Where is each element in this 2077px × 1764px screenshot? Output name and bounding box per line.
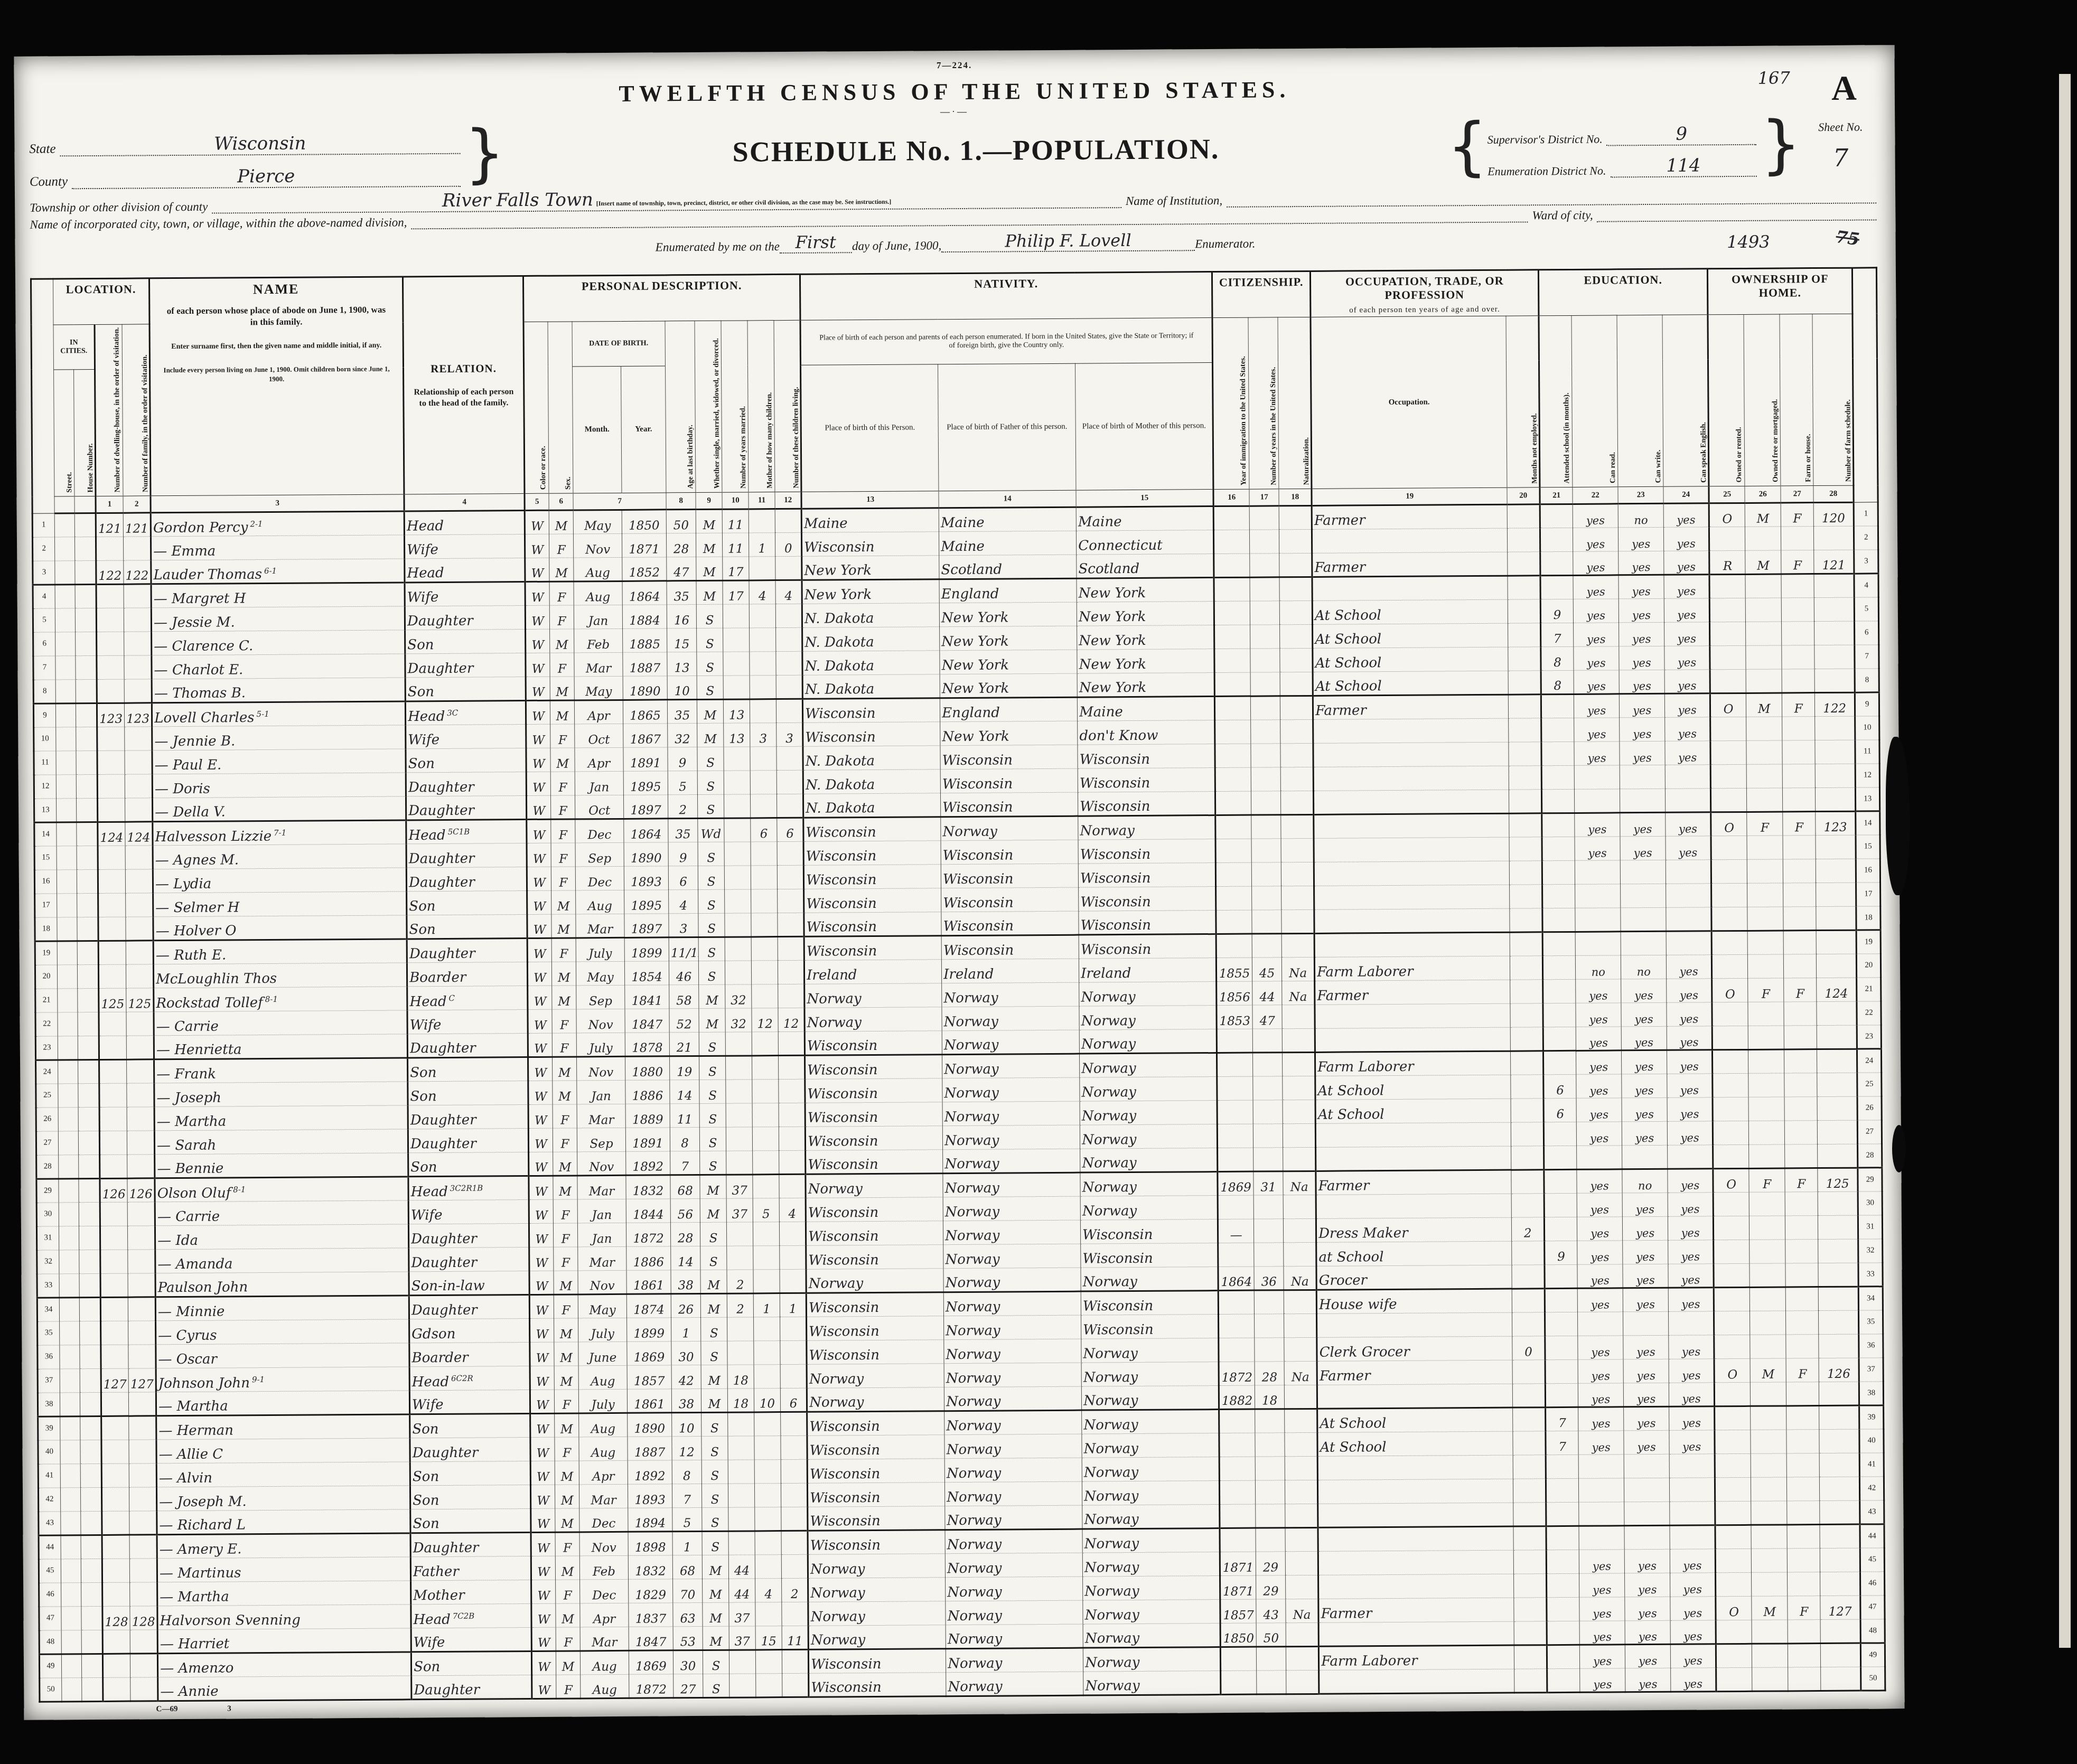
cell-immigration-year (1219, 1409, 1255, 1433)
cell-immigration-year (1217, 1076, 1253, 1100)
cell-can-speak-english (1669, 1311, 1714, 1336)
row-number-left: 27 (36, 1131, 58, 1155)
cell-free-mortgaged (1746, 622, 1782, 645)
cell-owned-rented (1713, 1121, 1748, 1145)
cell-attended-school (1545, 1336, 1578, 1360)
cell-pob-father: Norway (943, 1220, 1081, 1245)
cell-color: W (530, 1342, 554, 1366)
cell-months-not-employed (1512, 1384, 1545, 1408)
cell-children-living (779, 1175, 806, 1198)
row-number-left: 29 (36, 1179, 59, 1203)
cell-pob-mother: Norway (1083, 1647, 1220, 1672)
cell-dwelling-number (100, 1155, 127, 1178)
cell-immigration-year (1215, 791, 1251, 815)
cell-relation: Son (408, 1152, 529, 1177)
cell-pob-person: Wisconsin (805, 1078, 942, 1103)
cell-children-living (780, 1246, 806, 1270)
cell-can-speak-english: yes (1667, 955, 1712, 979)
cell-owned-rented: O (1712, 979, 1748, 1002)
cell-birth-year: 1854 (624, 961, 669, 986)
cell-mother-children (752, 1056, 779, 1080)
col-years-married: Number of years married. (721, 321, 749, 493)
cell-occupation (1313, 742, 1509, 767)
cell-naturalization (1282, 1005, 1315, 1029)
cell-free-mortgaged (1749, 1192, 1785, 1216)
cell-children-living (776, 771, 803, 794)
cell-pob-person: Wisconsin (804, 1031, 942, 1056)
cell-farm-house: F (1784, 978, 1817, 1002)
cell-free-mortgaged (1746, 645, 1782, 669)
cell-age: 30 (673, 1650, 703, 1674)
cell-attended-school (1545, 1312, 1578, 1336)
cell-pob-person: Wisconsin (806, 1245, 943, 1270)
colnum-23: 23 (1618, 487, 1663, 504)
cell-color: W (525, 558, 549, 582)
cell-marital: S (698, 961, 725, 985)
cell-mother-children (750, 747, 776, 771)
cell-can-read (1579, 1526, 1624, 1550)
cell-name: — Doris (152, 773, 406, 798)
cell-pob-person: Norway (806, 1269, 943, 1293)
cell-house-number (80, 1345, 101, 1369)
cell-free-mortgaged (1749, 1263, 1785, 1287)
cell-birth-year: 1897 (624, 795, 668, 819)
row-number-right: 32 (1858, 1239, 1883, 1263)
cell-age: 9 (668, 747, 697, 771)
cell-naturalization (1285, 1409, 1317, 1433)
cell-attended-school (1547, 1645, 1579, 1669)
cell-pob-father: Norway (944, 1434, 1082, 1459)
cell-naturalization (1281, 886, 1314, 910)
cell-family-number (130, 1630, 157, 1654)
cell-years-married (726, 1127, 752, 1151)
cell-farm-house (1782, 764, 1815, 788)
cell-children-living (779, 1080, 805, 1103)
cell-farm-house (1781, 598, 1814, 622)
cell-house-number (76, 703, 97, 727)
cell-family-number (127, 1107, 154, 1131)
cell-birth-year: 1832 (626, 1175, 670, 1199)
cell-occupation: At School (1315, 1075, 1511, 1100)
cell-age: 14 (670, 1080, 699, 1104)
cell-birth-month: Sep (575, 843, 624, 867)
cell-free-mortgaged (1748, 1026, 1784, 1049)
cell-street (60, 1345, 80, 1369)
cell-immigration-year (1219, 1314, 1255, 1338)
cell-months-not-employed (1510, 1003, 1543, 1027)
row-number-right: 12 (1855, 764, 1879, 787)
cell-family-number (127, 1226, 155, 1250)
row-number-right: 14 (1856, 811, 1880, 835)
cell-dwelling-number (98, 893, 126, 917)
cell-years-in-us (1256, 1647, 1286, 1671)
cell-attended-school (1544, 1194, 1577, 1217)
cell-farm-schedule: 122 (1814, 692, 1855, 716)
cell-pob-father: Norway (942, 1006, 1079, 1031)
cell-pob-father: Norway (944, 1339, 1081, 1364)
cell-years-married (727, 1246, 753, 1270)
cell-pob-mother: Norway (1083, 1624, 1220, 1648)
cell-family-number (130, 1582, 157, 1606)
cell-pob-father: Norway (942, 1077, 1080, 1102)
cell-mother-children: 6 (751, 818, 777, 842)
cell-attended-school (1546, 1550, 1579, 1574)
cell-birth-year: 1832 (628, 1555, 672, 1580)
cell-pob-father: Norway (946, 1648, 1083, 1673)
cell-family-number: 122 (124, 560, 151, 584)
cell-children-living (782, 1602, 808, 1626)
cell-age: 26 (671, 1294, 700, 1318)
cell-attended-school (1545, 1217, 1577, 1241)
cell-color: W (527, 939, 551, 962)
cell-dwelling-number (97, 655, 124, 679)
cell-marital: S (698, 914, 725, 937)
cell-can-speak-english: yes (1665, 741, 1710, 765)
cell-house-number (81, 1512, 102, 1535)
cell-naturalization (1284, 1219, 1316, 1243)
cell-dwelling-number (96, 537, 123, 560)
cell-naturalization (1285, 1480, 1318, 1504)
cell-sex: F (553, 1128, 577, 1152)
cell-farm-schedule (1819, 1405, 1859, 1429)
cell-house-number (78, 1084, 99, 1108)
cell-pob-person: Wisconsin (803, 722, 940, 747)
cell-relation: Daughter (405, 606, 525, 630)
cell-house-number (81, 1559, 102, 1583)
cell-attended-school (1546, 1479, 1579, 1503)
cell-farm-schedule (1816, 930, 1856, 954)
cell-color: W (528, 1034, 552, 1057)
cell-years-in-us (1254, 1243, 1284, 1266)
cell-relation: Daughter (405, 653, 526, 678)
cell-mother-children (751, 961, 778, 984)
state-brace: } (464, 122, 505, 185)
cell-months-not-employed (1508, 576, 1540, 599)
cell-naturalization (1284, 1338, 1317, 1362)
cell-can-speak-english: yes (1667, 1002, 1712, 1027)
cell-naturalization (1280, 744, 1313, 767)
cell-farm-house: F (1788, 1596, 1820, 1620)
cell-relation: Son-in-law (409, 1271, 529, 1296)
cell-marital: M (700, 1293, 727, 1317)
cell-can-write: yes (1622, 1050, 1667, 1075)
cell-can-speak-english: yes (1666, 812, 1711, 837)
cell-months-not-employed (1510, 908, 1542, 932)
cell-house-number (79, 1179, 100, 1203)
cell-dwelling-number (100, 1226, 127, 1250)
cell-mother-children (749, 509, 775, 533)
cell-free-mortgaged: M (1745, 550, 1781, 574)
cell-children-living (781, 1507, 808, 1531)
cell-age: 53 (673, 1627, 703, 1650)
cell-children-living (778, 961, 804, 984)
row-number-right: 1 (1854, 502, 1878, 526)
cell-years-in-us (1253, 1053, 1283, 1076)
row-number-left: 28 (36, 1155, 59, 1179)
row-number-left: 30 (36, 1203, 59, 1226)
cell-sex: F (550, 772, 575, 795)
cell-years-in-us (1253, 1148, 1283, 1171)
cell-sex: F (555, 1532, 579, 1556)
cell-dwelling-number (99, 1107, 127, 1131)
cell-mother-children (752, 1080, 779, 1103)
cell-birth-year: 1895 (624, 890, 669, 914)
cell-house-number (78, 1131, 99, 1155)
cell-color: W (530, 1319, 554, 1343)
cell-naturalization (1281, 910, 1314, 934)
cell-years-in-us (1254, 1290, 1284, 1314)
cell-family-number: 126 (127, 1178, 155, 1202)
cell-free-mortgaged (1748, 1121, 1784, 1144)
cell-birth-year: 1886 (625, 1080, 670, 1104)
cell-occupation (1315, 1122, 1511, 1147)
cell-house-number (76, 751, 97, 775)
row-number-left: 7 (33, 656, 55, 680)
cell-pob-person: Wisconsin (809, 1673, 946, 1697)
cell-pob-father: Maine (939, 507, 1076, 532)
cell-birth-month: July (578, 1318, 627, 1343)
cell-farm-schedule (1820, 1619, 1860, 1643)
cell-farm-schedule (1815, 764, 1855, 787)
cell-farm-schedule (1814, 526, 1854, 550)
cell-pob-father: Wisconsin (941, 935, 1079, 960)
bottom-print-code: C—69 3 (156, 1704, 278, 1714)
cell-can-speak-english: yes (1664, 598, 1709, 623)
cell-can-speak-english: yes (1667, 1026, 1712, 1050)
cell-street (61, 1559, 81, 1583)
cell-name: — Richard L (157, 1509, 410, 1535)
cell-birth-year: 1867 (623, 724, 668, 748)
colnum-26: 26 (1745, 486, 1781, 503)
cell-months-not-employed (1509, 813, 1542, 837)
cell-months-not-employed (1511, 1051, 1543, 1075)
cell-pob-mother: Wisconsin (1081, 1219, 1218, 1244)
cell-farm-house (1784, 1121, 1817, 1144)
cell-age: 14 (671, 1246, 700, 1270)
cell-months-not-employed: 0 (1512, 1336, 1545, 1360)
col-street: Street. (54, 370, 74, 497)
cell-age: 11/12 (669, 937, 698, 961)
cell-name: — Amanda (155, 1248, 409, 1273)
cell-mother-children: 1 (753, 1293, 780, 1317)
cell-house-number (78, 989, 99, 1012)
cell-can-speak-english: yes (1664, 575, 1709, 599)
cell-pob-person: Norway (807, 1387, 944, 1412)
cell-years-married: 13 (724, 723, 750, 747)
cell-owned-rented (1716, 1668, 1752, 1692)
row-number-right: 37 (1859, 1358, 1883, 1382)
cell-name: Olson Oluf8-1 (155, 1177, 408, 1202)
cell-marital: M (699, 985, 725, 1009)
cell-house-number (75, 561, 96, 585)
cell-pob-mother: New York (1077, 578, 1214, 603)
cell-naturalization (1281, 839, 1314, 862)
cell-age: 38 (671, 1270, 700, 1294)
row-number-right: 43 (1860, 1500, 1884, 1524)
cell-can-write: yes (1621, 979, 1667, 1003)
cell-birth-year: 1887 (623, 652, 667, 677)
row-number-right: 6 (1855, 621, 1879, 645)
cell-mother-children (753, 1151, 779, 1175)
cell-can-read: yes (1577, 1169, 1622, 1194)
cell-free-mortgaged (1751, 1406, 1786, 1430)
cell-dwelling-number (101, 1440, 129, 1463)
cell-sex: M (555, 1461, 579, 1485)
colnum-1: 1 (96, 496, 123, 513)
cell-farm-schedule (1816, 835, 1856, 859)
cell-farm-house (1783, 836, 1816, 859)
cell-owned-rented (1709, 575, 1745, 598)
cell-farm-house (1786, 1406, 1819, 1430)
cell-family-number (129, 1440, 156, 1463)
cell-dwelling-number (98, 964, 126, 988)
cell-pob-mother: Norway (1083, 1600, 1220, 1625)
cell-naturalization (1286, 1623, 1318, 1647)
cell-relation: Daughter (410, 1438, 530, 1462)
cell-free-mortgaged (1746, 717, 1782, 740)
cell-can-write (1620, 789, 1666, 813)
cell-occupation (1318, 1550, 1513, 1575)
cell-farm-house: F (1785, 1168, 1818, 1192)
cell-immigration-year (1220, 1480, 1256, 1504)
cell-attended-school (1543, 980, 1576, 1003)
cell-pob-person: Wisconsin (805, 1102, 942, 1127)
cell-children-living: 3 (776, 723, 803, 747)
cell-birth-month: Feb (579, 1556, 628, 1580)
cell-immigration-year: 1855 (1217, 958, 1252, 981)
cell-mother-children: 5 (753, 1198, 779, 1222)
cell-marital: S (698, 890, 725, 914)
cell-age: 1 (671, 1318, 701, 1341)
cell-age: 46 (669, 961, 698, 985)
cell-age: 42 (671, 1365, 701, 1389)
row-number-right: 10 (1855, 716, 1879, 740)
cell-can-write: yes (1620, 837, 1666, 861)
cell-attended-school (1543, 1027, 1576, 1051)
cell-attended-school: 7 (1546, 1408, 1578, 1431)
cell-color: W (528, 986, 552, 1010)
cell-farm-house (1787, 1549, 1820, 1572)
cell-attended-school: 7 (1546, 1431, 1578, 1455)
cell-street (60, 1440, 80, 1464)
cell-farm-house (1784, 1097, 1817, 1121)
cell-years-in-us (1250, 553, 1279, 577)
cell-occupation (1318, 1574, 1514, 1599)
cell-sex: F (551, 867, 575, 890)
cell-pob-mother: Norway (1079, 982, 1217, 1007)
cell-mother-children (755, 1507, 781, 1531)
cell-age: 15 (667, 628, 697, 652)
cell-children-living (780, 1317, 807, 1341)
cell-can-read: yes (1578, 1336, 1623, 1360)
cell-attended-school: 6 (1543, 1075, 1576, 1099)
cell-owned-rented: O (1709, 503, 1745, 527)
row-number-left: 10 (34, 727, 56, 751)
cell-naturalization (1279, 530, 1312, 553)
cell-sex: F (552, 1009, 576, 1033)
district-brace-close: } (1761, 113, 1801, 176)
cell-pob-father: Norway (946, 1672, 1083, 1696)
cell-free-mortgaged: M (1752, 1596, 1788, 1620)
cell-relation: Daughter (409, 1295, 529, 1319)
cell-pob-mother: Wisconsin (1078, 839, 1215, 864)
cell-can-read: yes (1574, 646, 1619, 671)
cell-naturalization: Na (1283, 1171, 1316, 1195)
row-number-left: 36 (38, 1345, 60, 1369)
cell-months-not-employed (1509, 837, 1542, 861)
col-owned-free-mortgaged: Owned free or mortgaged. (1744, 314, 1781, 486)
cell-free-mortgaged (1750, 1335, 1786, 1358)
cell-years-married: 17 (723, 580, 749, 604)
cell-pob-father: Norway (943, 1196, 1080, 1221)
cell-name: — Ida (155, 1224, 408, 1250)
cell-marital: M (703, 1579, 729, 1602)
cell-farm-house (1784, 954, 1817, 978)
cell-immigration-year (1214, 649, 1250, 672)
cell-color: W (528, 1105, 553, 1129)
cell-pob-person: Wisconsin (803, 841, 941, 866)
cell-color: W (529, 1247, 554, 1271)
cell-can-speak-english: yes (1665, 717, 1710, 742)
cell-relation: Wife (405, 582, 525, 606)
cell-sex: F (553, 1104, 577, 1128)
cell-pob-father: Scotland (939, 555, 1077, 579)
cell-pob-mother: Wisconsin (1078, 744, 1215, 769)
cell-naturalization: Na (1284, 1266, 1316, 1290)
cell-immigration-year (1216, 910, 1252, 934)
cell-house-number (77, 941, 98, 965)
cell-color: W (527, 867, 551, 891)
cell-age: 16 (667, 605, 696, 628)
cell-street (60, 1321, 80, 1345)
cell-attended-school (1540, 504, 1573, 528)
cell-family-number (127, 1131, 154, 1155)
row-number-left: 6 (33, 632, 55, 656)
cell-birth-year: 1864 (622, 581, 667, 605)
cell-relation: Head5C1B (406, 820, 527, 844)
cell-pob-mother: New York (1077, 649, 1214, 674)
cell-age: 9 (668, 842, 698, 866)
cell-free-mortgaged (1751, 1549, 1787, 1572)
cell-street (55, 680, 76, 703)
cell-attended-school (1545, 1265, 1577, 1289)
cell-attended-school: 7 (1541, 623, 1574, 647)
cell-can-write: yes (1625, 1645, 1670, 1669)
cell-owned-rented (1710, 622, 1746, 646)
cell-owned-rented (1713, 1097, 1748, 1121)
cell-free-mortgaged (1749, 1216, 1785, 1240)
cell-children-living: 6 (777, 818, 803, 842)
cell-color: W (526, 630, 550, 653)
cell-owned-rented (1714, 1288, 1749, 1311)
cell-can-read (1574, 765, 1620, 790)
cell-attended-school (1543, 1051, 1576, 1075)
state-label: State (29, 142, 55, 156)
cell-sex: F (554, 1247, 578, 1271)
cell-can-read: yes (1576, 1122, 1622, 1146)
cell-birth-year: 1850 (622, 510, 666, 534)
cell-pob-father: Norway (941, 816, 1078, 841)
row-number-right: 26 (1857, 1096, 1882, 1120)
row-number-right: 45 (1860, 1548, 1884, 1572)
cell-age: 12 (672, 1437, 701, 1460)
col-marital: Whether single, married, widowed, or div… (695, 321, 722, 493)
cell-naturalization (1279, 577, 1312, 601)
colnum-25: 25 (1709, 486, 1745, 503)
cell-name: — Allie C (156, 1438, 410, 1463)
cell-sex: F (550, 653, 574, 677)
row-number-left: 16 (34, 870, 57, 894)
